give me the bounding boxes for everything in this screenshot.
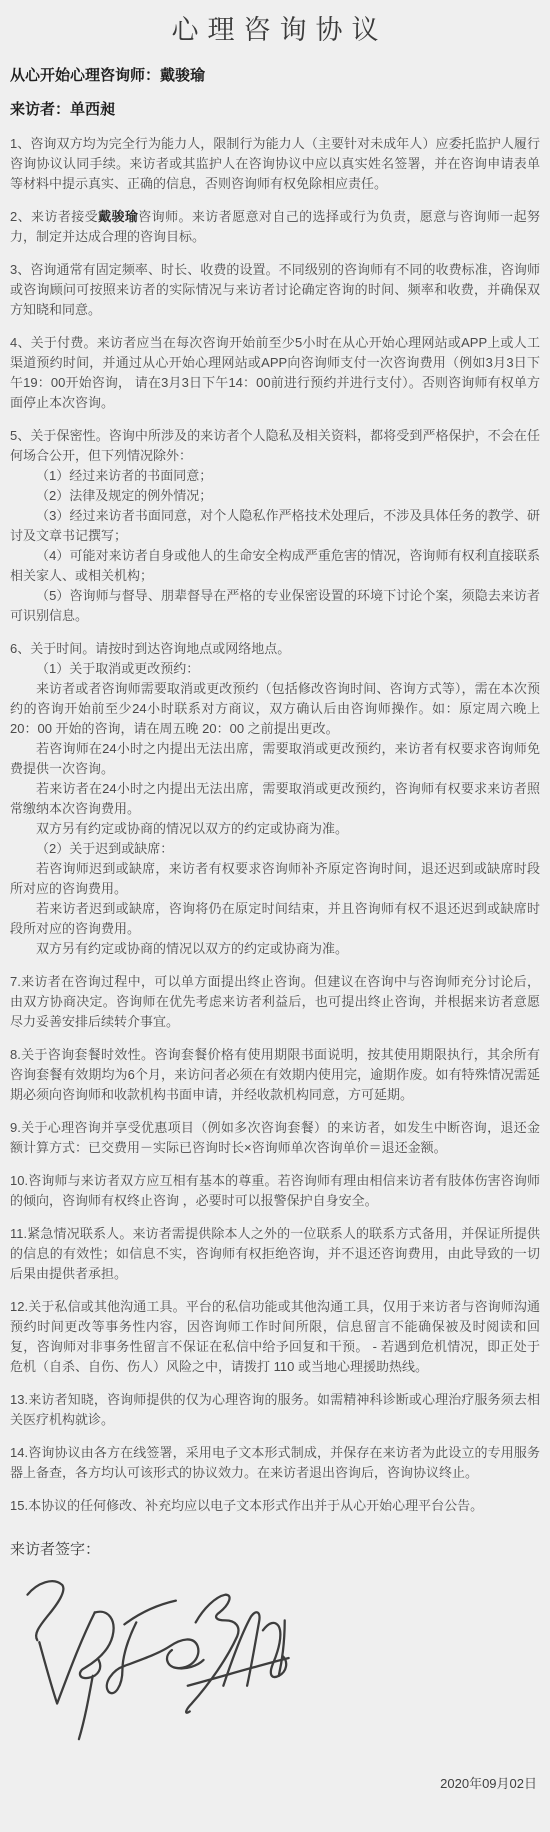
signature-stroke: [107, 1622, 136, 1693]
clause-4-text: 4、关于付费。来访者应当在每次咨询开始前至少5小时在从心开始心理网站或APP上或…: [10, 333, 540, 413]
counselor-name-bold: 戴骏瑜: [98, 209, 138, 224]
visitor-signature: [18, 1565, 540, 1753]
signature-stroke: [80, 1612, 114, 1678]
clause-5: 5、关于保密性。咨询中所涉及的来访者个人隐私及相关资料，都将受到严格保护，不会在…: [10, 426, 540, 626]
clause-6-line-3: 若咨询师在24小时之内提出无法出席，需要取消或更改预约，来访者有权要求咨询师免费…: [10, 739, 540, 779]
clause-6-line-8: 若来访者迟到或缺席，咨询将仍在原定时间结束，并且咨询师有权不退还迟到或缺席时段所…: [10, 899, 540, 939]
clause-4: 4、关于付费。来访者应当在每次咨询开始前至少5小时在从心开始心理网站或APP上或…: [10, 333, 540, 413]
clause-6-line-2: 来访者或者咨询师需要取消或更改预约（包括修改咨询时间、咨询方式等），需在本次预约…: [10, 679, 540, 739]
clause-1: 1、咨询双方均为完全行为能力人，限制行为能力人（主要针对未成年人）应委托监护人履…: [10, 134, 540, 194]
clause-1-text: 1、咨询双方均为完全行为能力人，限制行为能力人（主要针对未成年人）应委托监护人履…: [10, 134, 540, 194]
clause-5-sub-3: （3）经过来访者书面同意，对个人隐私作严格技术处理后，不涉及具体任务的教学、研讨…: [10, 506, 540, 546]
clause-6-line-9: 双方另有约定或协商的情况以双方的约定或协商为准。: [10, 939, 540, 959]
clause-3-text: 3、咨询通常有固定频率、时长、收费的设置。不同级别的咨询师有不同的收费标准，咨询…: [10, 260, 540, 320]
clause-11: 11.紧急情况联系人。来访者需提供除本人之外的一位联系人的联系方式备用，并保证所…: [10, 1224, 540, 1284]
clause-14: 14.咨询协议由各方在线签署，采用电子文本形式制成，并保存在来访者为此设立的专用…: [10, 1443, 540, 1483]
signature-stroke: [39, 1612, 94, 1703]
clause-8-text: 8.关于咨询套餐时效性。咨询套餐价格有使用期限书面说明，按其使用期限执行，其余所…: [10, 1045, 540, 1105]
signature-stroke: [186, 1595, 238, 1713]
clause-6-line-7: 若咨询师迟到或缺席，来访者有权要求咨询师补齐原定咨询时间，退还迟到或缺席时段所对…: [10, 859, 540, 899]
clause-6-line-6: （2）关于迟到或缺席：: [10, 839, 540, 859]
clause-9: 9.关于心理咨询并享受优惠项目（例如多次咨询套餐）的来访者，如发生中断咨询，退还…: [10, 1118, 540, 1158]
signature-stroke: [79, 1676, 93, 1739]
clause-8: 8.关于咨询套餐时效性。咨询套餐价格有使用期限书面说明，按其使用期限执行，其余所…: [10, 1045, 540, 1105]
clause-5-sub-2: （2）法律及规定的例外情况；: [10, 486, 540, 506]
clause-6-intro: 6、关于时间。请按时到达咨询地点或网络地点。: [10, 639, 540, 659]
signature-date: 2020年09月02日: [10, 1773, 540, 1792]
clause-2-prefix: 2、来访者接受: [10, 209, 98, 224]
signature-label: 来访者签字：: [10, 1540, 540, 1559]
clause-7: 7.来访者在咨询过程中，可以单方面提出终止咨询。但建议在咨询中与咨询师充分讨论后…: [10, 972, 540, 1032]
clause-15-text: 15.本协议的任何修改、补充均应以电子文本形式作出并于从心开始心理平台公告。: [10, 1496, 540, 1516]
clause-2-text: 2、来访者接受戴骏瑜咨询师。来访者愿意对自己的选择或行为负责，愿意与咨询师一起努…: [10, 207, 540, 247]
signature-stroke: [124, 1601, 175, 1625]
clause-5-sub-5: （5）咨询师与督导、朋辈督导在严格的专业保密设置的环境下讨论个案，须隐去来访者可…: [10, 586, 540, 626]
clause-5-sub-4: （4）可能对来访者自身或他人的生命安全构成严重危害的情况，咨询师有权利直接联系相…: [10, 546, 540, 586]
clause-5-sub-1: （1）经过来访者的书面同意；: [10, 466, 540, 486]
clause-14-text: 14.咨询协议由各方在线签署，采用电子文本形式制成，并保存在来访者为此设立的专用…: [10, 1443, 540, 1483]
clause-7-text: 7.来访者在咨询过程中，可以单方面提出终止咨询。但建议在咨询中与咨询师充分讨论后…: [10, 972, 540, 1032]
clause-6: 6、关于时间。请按时到达咨询地点或网络地点。 （1）关于取消或更改预约： 来访者…: [10, 639, 540, 959]
clause-15: 15.本协议的任何修改、补充均应以电子文本形式作出并于从心开始心理平台公告。: [10, 1496, 540, 1516]
clause-13: 13.来访者知晓，咨询师提供的仅为心理咨询的服务。如需精神科诊断或心理治疗服务须…: [10, 1390, 540, 1430]
signature-stroke: [124, 1639, 198, 1668]
clause-11-text: 11.紧急情况联系人。来访者需提供除本人之外的一位联系人的联系方式备用，并保证所…: [10, 1224, 540, 1284]
signature-handwriting-image: [18, 1565, 308, 1753]
clause-12-text: 12.关于私信或其他沟通工具。平台的私信功能或其他沟通工具，仅用于来访者与咨询师…: [10, 1297, 540, 1377]
clause-10: 10.咨询师与来访者双方应互相有基本的尊重。若咨询师有理由相信来访者有肢体伤害咨…: [10, 1171, 540, 1211]
visitor-line: 来访者：单西昶: [10, 100, 540, 119]
clause-5-intro: 5、关于保密性。咨询中所涉及的来访者个人隐私及相关资料，都将受到严格保护，不会在…: [10, 426, 540, 466]
clause-13-text: 13.来访者知晓，咨询师提供的仅为心理咨询的服务。如需精神科诊断或心理治疗服务须…: [10, 1390, 540, 1430]
signature-stroke: [27, 1581, 63, 1640]
clause-2: 2、来访者接受戴骏瑜咨询师。来访者愿意对自己的选择或行为负责，愿意与咨询师一起努…: [10, 207, 540, 247]
clause-10-text: 10.咨询师与来访者双方应互相有基本的尊重。若咨询师有理由相信来访者有肢体伤害咨…: [10, 1171, 540, 1211]
clause-9-text: 9.关于心理咨询并享受优惠项目（例如多次咨询套餐）的来访者，如发生中断咨询，退还…: [10, 1118, 540, 1158]
page-title: 心理咨询协议: [10, 12, 540, 48]
clause-12: 12.关于私信或其他沟通工具。平台的私信功能或其他沟通工具，仅用于来访者与咨询师…: [10, 1297, 540, 1377]
agreement-document: 心理咨询协议 从心开始心理咨询师：戴骏瑜 来访者：单西昶 1、咨询双方均为完全行…: [0, 0, 550, 1832]
clause-3: 3、咨询通常有固定频率、时长、收费的设置。不同级别的咨询师有不同的收费标准，咨询…: [10, 260, 540, 320]
clause-6-line-4: 若来访者在24小时之内提出无法出席，需要取消或更改预约，咨询师有权要求来访者照常…: [10, 779, 540, 819]
counselor-line: 从心开始心理咨询师：戴骏瑜: [10, 66, 540, 85]
clause-6-line-1: （1）关于取消或更改预约：: [10, 659, 540, 679]
clause-6-line-5: 双方另有约定或协商的情况以双方的约定或协商为准。: [10, 819, 540, 839]
